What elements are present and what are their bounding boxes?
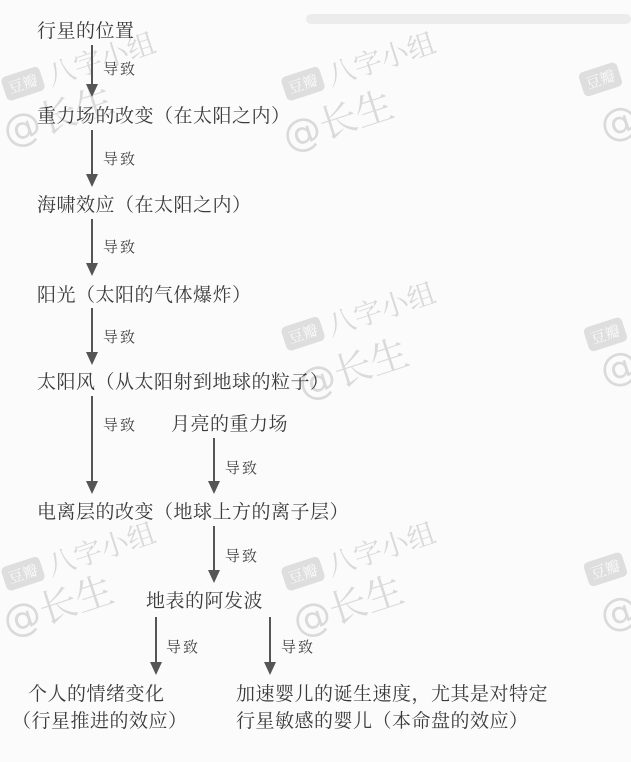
top-bar xyxy=(306,14,631,24)
watermark-user: @长生 xyxy=(0,559,120,647)
node-sunlight: 阳光（太阳的气体爆炸） xyxy=(37,283,252,307)
watermark-group: 豆瓣 xyxy=(581,544,631,592)
node-alfven-waves: 地表的阿发波 xyxy=(146,589,263,613)
arrow-down-icon xyxy=(213,526,215,581)
arrow-down-icon xyxy=(91,130,93,185)
watermark-group: 豆瓣八字小组 xyxy=(278,512,441,599)
edge-label: 导致 xyxy=(103,236,137,257)
edge-label: 导致 xyxy=(281,636,315,657)
edge-label: 导致 xyxy=(103,148,137,169)
arrow-down-icon xyxy=(269,617,271,673)
node-birth-acceleration-line2: 行星敏感的婴儿（本命盘的效应） xyxy=(236,709,529,733)
watermark-group: 豆瓣八字小组 xyxy=(0,512,160,599)
node-emotion-change-line1: 个人的情绪变化 xyxy=(28,682,165,706)
arrow-down-icon xyxy=(91,45,93,95)
arrow-down-icon xyxy=(91,396,93,492)
arrow-down-icon xyxy=(155,617,157,673)
arrow-down-icon xyxy=(213,438,215,492)
arrow-down-icon xyxy=(91,219,93,274)
watermark-user: @ xyxy=(594,585,631,639)
edge-label: 导致 xyxy=(103,414,137,435)
edge-label: 导致 xyxy=(225,457,259,478)
arrow-down-icon xyxy=(91,308,93,363)
edge-label: 导致 xyxy=(225,545,259,566)
watermark-group: 豆瓣八字小组 xyxy=(278,22,441,109)
watermark-user: @ xyxy=(594,95,631,149)
watermark-user: @ xyxy=(594,340,631,394)
watermark-group: 豆瓣 xyxy=(576,54,631,102)
edge-label: 导致 xyxy=(103,326,137,347)
edge-label: 导致 xyxy=(103,58,137,79)
node-planet-position: 行星的位置 xyxy=(37,19,135,43)
node-emotion-change-line2: （行星推进的效应） xyxy=(12,709,188,733)
watermark-user: @长生 xyxy=(284,559,409,647)
watermark-user: @长生 xyxy=(289,322,414,410)
watermark-user: @长生 xyxy=(274,74,399,162)
edge-label: 导致 xyxy=(166,636,200,657)
node-ionosphere-change: 电离层的改变（地球上方的离子层） xyxy=(37,500,349,524)
node-birth-acceleration-line1: 加速婴儿的诞生速度，尤其是对特定 xyxy=(236,682,548,706)
node-solar-wind: 太阳风（从太阳射到地球的粒子） xyxy=(37,370,330,394)
node-tsunami-effect: 海啸效应（在太阳之内） xyxy=(37,193,252,217)
watermark-group: 豆瓣八字小组 xyxy=(278,272,441,359)
node-gravity-change: 重力场的改变（在太阳之内） xyxy=(37,104,291,128)
watermark-group: 豆瓣 xyxy=(581,309,631,357)
node-moon-gravity: 月亮的重力场 xyxy=(171,412,288,436)
